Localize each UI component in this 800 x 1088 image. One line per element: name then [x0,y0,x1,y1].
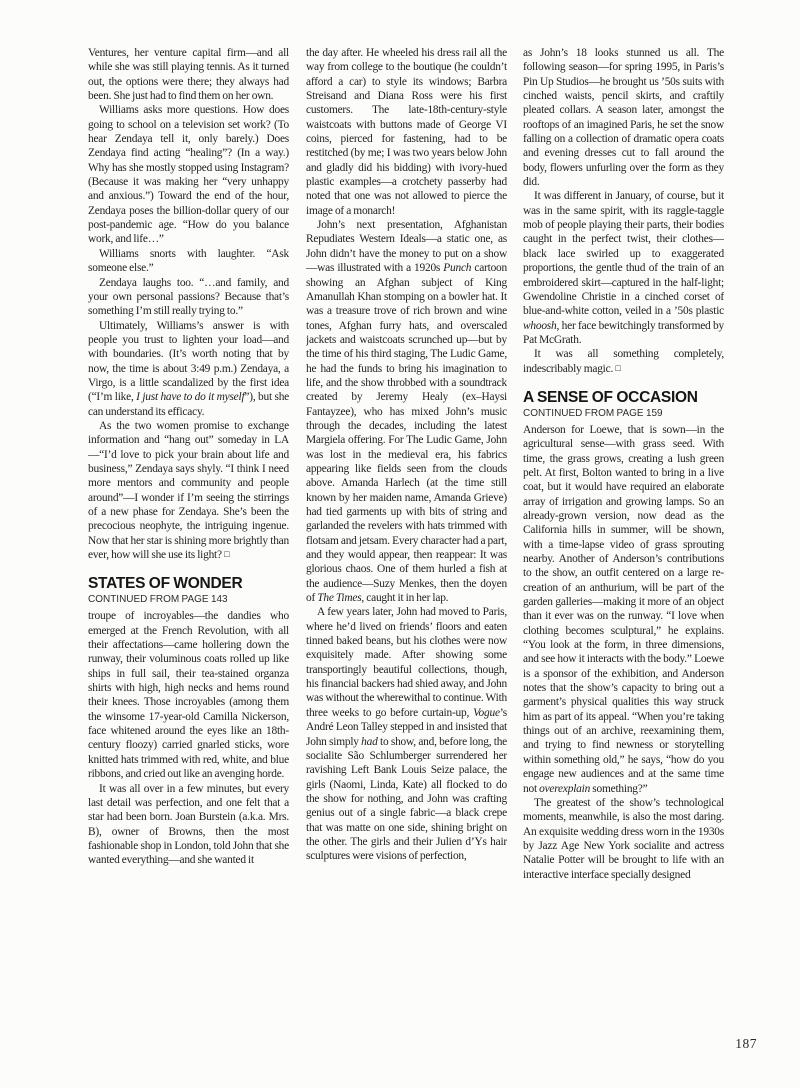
article-heading-states-of-wonder: STATES OF WONDER CONTINUED FROM PAGE 143 [88,575,289,606]
body-paragraph: Anderson for Loewe, that is sown—in the … [523,423,724,796]
magazine-page: Ventures, her venture capital firm—and a… [0,0,800,1088]
body-paragraph: Ventures, her venture capital firm—and a… [88,46,289,103]
body-paragraph: It was all something completely, indescr… [523,347,724,376]
body-paragraph: Williams snorts with laughter. “Ask some… [88,247,289,276]
body-paragraph: It was different in January, of course, … [523,189,724,347]
body-paragraph: troupe of incroyables—the dandies who em… [88,609,289,781]
body-paragraph: It was all over in a few minutes, but ev… [88,782,289,868]
continued-from-line: CONTINUED FROM PAGE 159 [523,408,718,420]
body-paragraph: A few years later, John had moved to Par… [306,605,507,863]
body-paragraph: Williams asks more questions. How does g… [88,103,289,246]
article-title: STATES OF WONDER [88,575,283,593]
body-paragraph: the day after. He wheeled his dress rail… [306,46,507,218]
page-number: 187 [735,1036,757,1052]
continued-from-line: CONTINUED FROM PAGE 143 [88,594,283,606]
body-paragraph: Ultimately, Williams’s answer is with pe… [88,319,289,419]
body-paragraph: The greatest of the show’s technological… [523,796,724,882]
article-heading-a-sense-of-occasion: A SENSE OF OCCASION CONTINUED FROM PAGE … [523,389,724,420]
body-paragraph: John’s next presentation, Afghanistan Re… [306,218,507,605]
article-title: A SENSE OF OCCASION [523,389,718,407]
body-paragraph: as John’s 18 looks stunned us all. The f… [523,46,724,189]
text-column-right: as John’s 18 looks stunned us all. The f… [523,46,724,1024]
text-column-middle: the day after. He wheeled his dress rail… [306,46,507,1024]
text-column-left: Ventures, her venture capital firm—and a… [88,46,289,1024]
body-paragraph: Zendaya laughs too. “…and family, and yo… [88,276,289,319]
body-paragraph: As the two women promise to exchange inf… [88,419,289,562]
